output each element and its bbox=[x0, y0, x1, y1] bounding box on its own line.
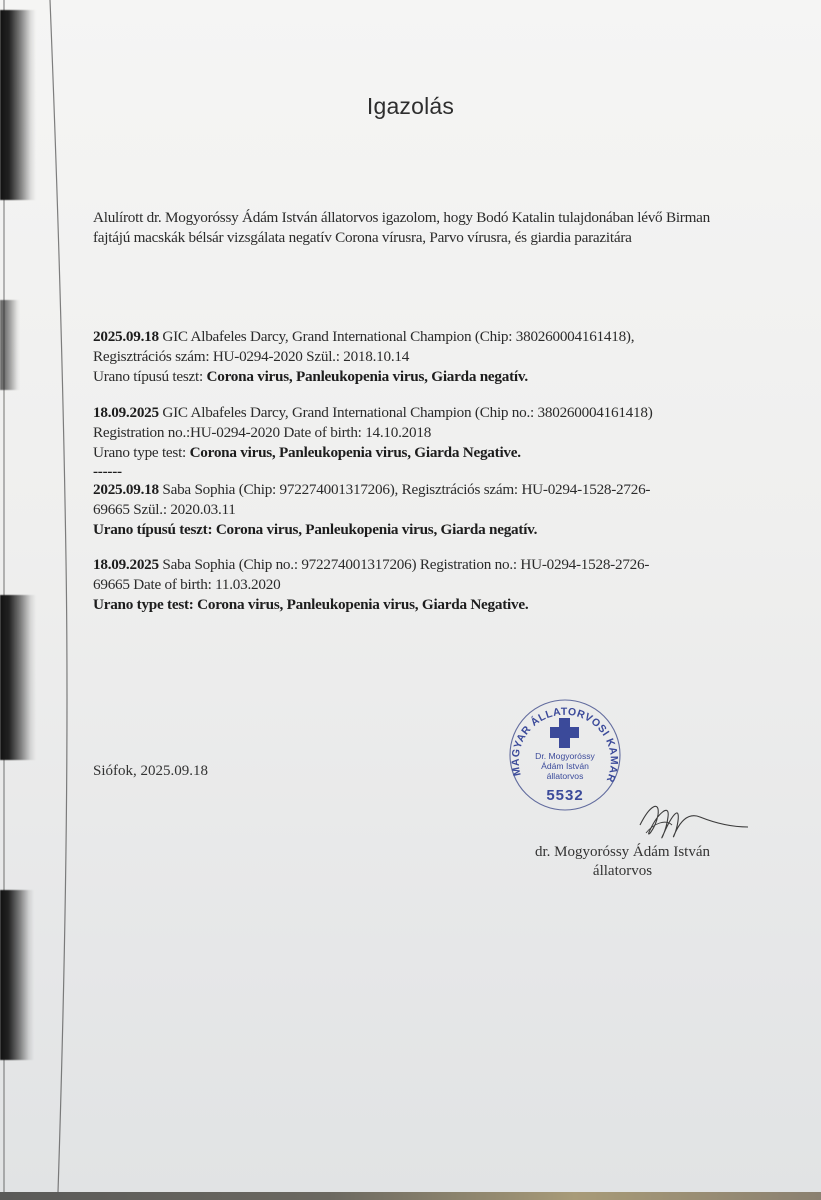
copier-smudge bbox=[0, 890, 34, 1060]
stamp-line1: Dr. Mogyoróssy bbox=[535, 751, 595, 761]
record-sophia-en: 18.09.2025 Saba Sophia (Chip no.: 972274… bbox=[93, 555, 743, 615]
copier-smudge bbox=[0, 300, 20, 390]
record-line2: 69665 Date of birth: 11.03.2020 bbox=[93, 575, 743, 595]
record-line2: Registration no.:HU-0294-2020 Date of bi… bbox=[93, 423, 743, 443]
test-label: Urano type test: bbox=[93, 444, 190, 461]
record-line2: Regisztrációs szám: HU-0294-2020 Szül.: … bbox=[93, 347, 743, 367]
document-title: Igazolás bbox=[0, 93, 821, 120]
fold-line bbox=[48, 0, 70, 1192]
separator: ------ bbox=[93, 462, 743, 482]
test-label: Urano típusú teszt: bbox=[93, 368, 207, 385]
separator-text: ------ bbox=[93, 463, 122, 480]
record-date: 2025.09.18 bbox=[93, 481, 159, 498]
record-darcy-hu: 2025.09.18 GIC Albafeles Darcy, Grand In… bbox=[93, 327, 743, 387]
record-sophia-hu: 2025.09.18 Saba Sophia (Chip: 9722740013… bbox=[93, 480, 743, 540]
intro-paragraph: Alulírott dr. Mogyoróssy Ádám István áll… bbox=[93, 208, 743, 248]
test-result: Urano type test: Corona virus, Panleukop… bbox=[93, 596, 528, 613]
record-date: 18.09.2025 bbox=[93, 556, 159, 573]
record-darcy-en: 18.09.2025 GIC Albafeles Darcy, Grand In… bbox=[93, 403, 743, 463]
surface-edge bbox=[0, 1192, 821, 1200]
record-line1: GIC Albafeles Darcy, Grand International… bbox=[159, 328, 634, 345]
stamp-number: 5532 bbox=[546, 787, 583, 804]
signer-name: dr. Mogyoróssy Ádám István bbox=[500, 842, 745, 862]
stamp-line2: Ádám István bbox=[541, 761, 589, 771]
stamp-line3: állatorvos bbox=[547, 771, 584, 781]
test-result: Urano típusú teszt: Corona virus, Panleu… bbox=[93, 521, 537, 538]
record-line1: Saba Sophia (Chip: 972274001317206), Reg… bbox=[159, 481, 650, 498]
signer-title: állatorvos bbox=[500, 861, 745, 881]
copier-smudge bbox=[0, 595, 36, 760]
record-date: 18.09.2025 bbox=[93, 404, 159, 421]
test-result: Corona virus, Panleukopenia virus, Giard… bbox=[190, 444, 521, 461]
record-line2: 69665 Szül.: 2020.03.11 bbox=[93, 500, 743, 520]
place-and-date: Siófok, 2025.09.18 bbox=[93, 763, 208, 780]
record-line1: GIC Albafeles Darcy, Grand International… bbox=[159, 404, 653, 421]
test-result: Corona virus, Panleukopenia virus, Giard… bbox=[207, 368, 528, 385]
record-line1: Saba Sophia (Chip no.: 972274001317206) … bbox=[159, 556, 649, 573]
record-date: 2025.09.18 bbox=[93, 328, 159, 345]
document-page: Igazolás Alulírott dr. Mogyoróssy Ádám I… bbox=[0, 0, 821, 1192]
cross-icon bbox=[550, 718, 579, 748]
official-stamp: MAGYAR ÁLLATORVOSI KAMARA Dr. Mogyoróssy… bbox=[507, 697, 623, 813]
